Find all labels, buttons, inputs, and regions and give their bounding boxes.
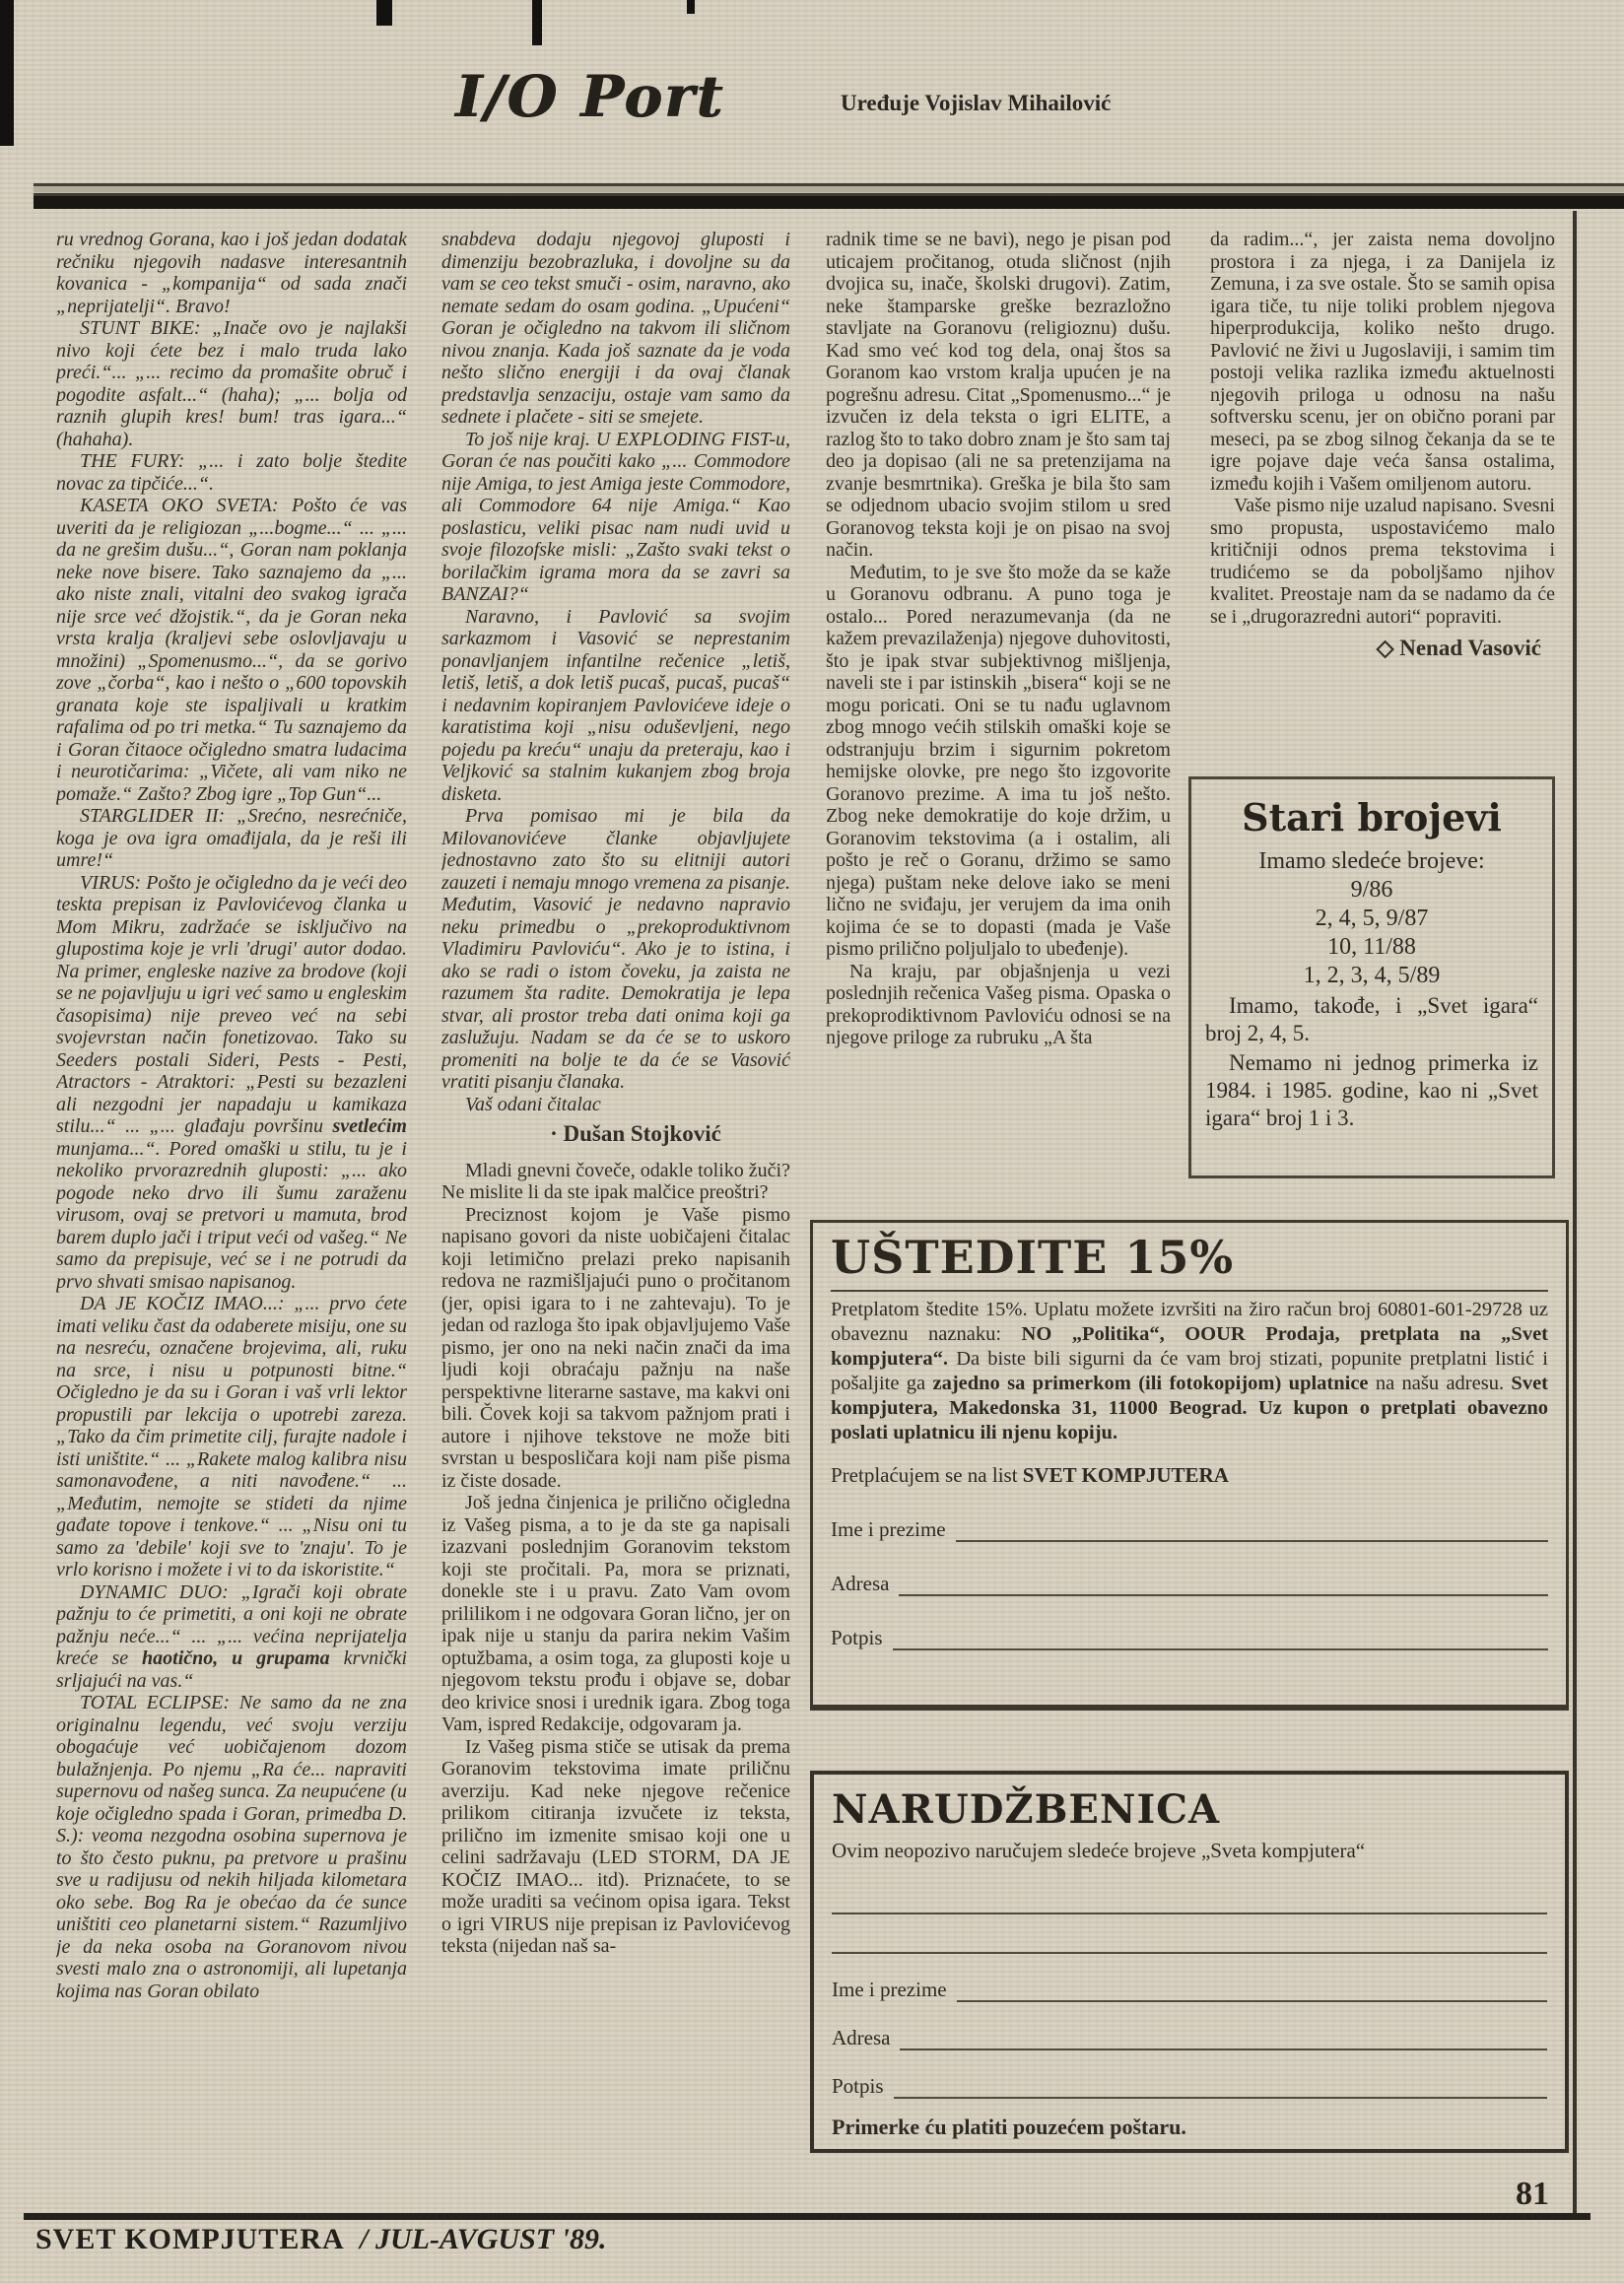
scan-artifact-top-mark (687, 0, 695, 14)
reader-letter-column-2: snabdeva dodaju njegovoj gluposti i dime… (441, 229, 790, 2201)
scan-artifact-top-mark (376, 0, 392, 26)
subscription-savings-box: UŠTEDITE 15% Pretplatom štedite 15%. Upl… (810, 1220, 1569, 1711)
letter-paragraph: DA JE KOČIZ IMAO...: „... prvo ćete imat… (56, 1293, 407, 1581)
order-issues-line (832, 1877, 1547, 1914)
reply-paragraph: Mladi gnevni čoveče, odakle toliko žuči?… (441, 1160, 790, 1204)
old-issues-note: Nemamo ni jednog primerka iz 1984. i 198… (1205, 1049, 1538, 1132)
subscription-box-title: UŠTEDITE 15% (831, 1231, 1548, 1292)
reply-paragraph: Na kraju, par objašnjenja u vezi posledn… (826, 961, 1171, 1049)
reply-paragraph: radnik time se ne bavi), nego je pisan p… (826, 229, 1171, 562)
letter-paragraph: STUNT BIKE: „Inače ovo je najlakši nivo … (56, 317, 407, 450)
footer: SVET KOMPJUTERA / JUL-AVGUST '89. (35, 2223, 606, 2256)
magazine-page: I/O Port Uređuje Vojislav Mihailović ru … (0, 0, 1624, 2283)
letter-paragraph: ru vrednog Gorana, kao i još jedan dodat… (56, 229, 407, 317)
name-field-label: Ime i prezime (832, 1978, 947, 2002)
scan-artifact-top-mark (532, 0, 542, 45)
subscription-instructions: Pretplatom štedite 15%. Uplatu možete iz… (831, 1298, 1548, 1445)
letter-paragraph: VIRUS: Pošto je očigledno da je veći deo… (56, 872, 407, 1294)
signature-field: Potpis (831, 1626, 1548, 1650)
reply-column-3: radnik time se ne bavi), nego je pisan p… (826, 229, 1171, 1199)
old-issues-line: 1, 2, 3, 4, 5/89 (1205, 962, 1538, 990)
signature-field-line (894, 2079, 1547, 2099)
footer-issue-date: / JUL-AVGUST '89. (360, 2223, 606, 2255)
subscription-declaration: Pretplaćujem se na list SVET KOMPJUTERA (831, 1463, 1548, 1488)
old-issues-line: 10, 11/88 (1205, 933, 1538, 962)
page-number: 81 (1516, 2176, 1549, 2213)
letter-paragraph: DYNAMIC DUO: „Igrači koji obrate pažnju … (56, 1581, 407, 1693)
order-form-box: NARUDŽBENICA Ovim neopozivo naručujem sl… (810, 1771, 1569, 2153)
address-field-line (899, 1577, 1548, 1596)
reply-paragraph: Još jedna činjenica je prilično očigledn… (441, 1492, 790, 1736)
address-field-label: Adresa (832, 2026, 890, 2050)
letter-paragraph: Prva pomisao mi je bila da Milovanovićev… (441, 805, 790, 1094)
reply-paragraph: Iz Vašeg pisma stiče se utisak da prema … (441, 1736, 790, 1958)
section-title: I/O Port (455, 63, 724, 130)
signature-field-line (893, 1631, 1548, 1650)
letter-paragraph: Naravno, i Pavlović sa svojim sarkazmom … (441, 606, 790, 806)
reply-paragraph: Vaše pismo nije uzalud napisano. Svesni … (1210, 495, 1555, 628)
address-field-line (900, 2031, 1547, 2050)
address-field: Adresa (831, 1572, 1548, 1596)
address-field: Adresa (832, 2026, 1547, 2050)
name-field-label: Ime i prezime (831, 1517, 946, 1542)
letter-paragraph: To još nije kraj. U EXPLODING FIST-u, Go… (441, 429, 790, 606)
letter-author-signature: · Dušan Stojković (481, 1123, 790, 1146)
name-field: Ime i prezime (831, 1517, 1548, 1542)
editor-signature: ◇ Nenad Vasović (1210, 638, 1555, 660)
reply-paragraph: Preciznost kojom je Vaše pismo napisano … (441, 1204, 790, 1493)
page-right-rule (1573, 211, 1577, 2213)
reply-column-4: da radim...“, jer zaista nema dovoljno p… (1210, 229, 1555, 800)
address-field-label: Adresa (831, 1572, 889, 1596)
footer-rule (24, 2213, 1590, 2220)
footer-magazine-name: SVET KOMPJUTERA (35, 2223, 345, 2255)
scan-artifact-left-bar (0, 0, 14, 146)
old-issues-line: 2, 4, 5, 9/87 (1205, 905, 1538, 933)
signature-field-label: Potpis (832, 2074, 884, 2099)
letter-paragraph: snabdeva dodaju njegovoj gluposti i dime… (441, 229, 790, 429)
letter-paragraph: THE FURY: „... i zato bolje štedite nova… (56, 450, 407, 495)
old-issues-note: Imamo, takođe, i „Svet igara“ broj 2, 4,… (1205, 992, 1538, 1047)
reply-paragraph: da radim...“, jer zaista nema dovoljno p… (1210, 229, 1555, 495)
header-rule-band (34, 183, 1624, 209)
old-issues-title: Stari brojevi (1205, 795, 1538, 839)
letter-paragraph: TOTAL ECLIPSE: Ne samo da ne zna origina… (56, 1692, 407, 2002)
reader-letter-column-1: ru vrednog Gorana, kao i još jedan dodat… (56, 229, 407, 2201)
letter-closing: Vaš odani čitalac (441, 1094, 790, 1116)
old-issues-line: 9/86 (1205, 876, 1538, 905)
old-issues-box: Stari brojevi Imamo sledeće brojeve: 9/8… (1188, 776, 1555, 1178)
editor-credit: Uređuje Vojislav Mihailović (841, 91, 1111, 116)
order-form-subtitle: Ovim neopozivo naručujem sledeće brojeve… (832, 1839, 1547, 1863)
signature-field: Potpis (832, 2074, 1547, 2099)
old-issues-intro: Imamo sledeće brojeve: (1205, 847, 1538, 876)
order-payment-note: Primerke ću platiti pouzećem poštaru. (832, 2115, 1547, 2140)
name-field: Ime i prezime (832, 1978, 1547, 2002)
letter-paragraph: STARGLIDER II: „Srećno, nesrećniče, koga… (56, 805, 407, 872)
reply-paragraph: Međutim, to je sve što može da se kaže u… (826, 562, 1171, 961)
name-field-line (957, 1982, 1547, 2002)
order-issues-line (832, 1916, 1547, 1954)
order-form-title: NARUDŽBENICA (832, 1786, 1547, 1833)
name-field-line (956, 1522, 1548, 1542)
letter-paragraph: KASETA OKO SVETA: Pošto će vas uveriti d… (56, 495, 407, 805)
signature-field-label: Potpis (831, 1626, 883, 1650)
